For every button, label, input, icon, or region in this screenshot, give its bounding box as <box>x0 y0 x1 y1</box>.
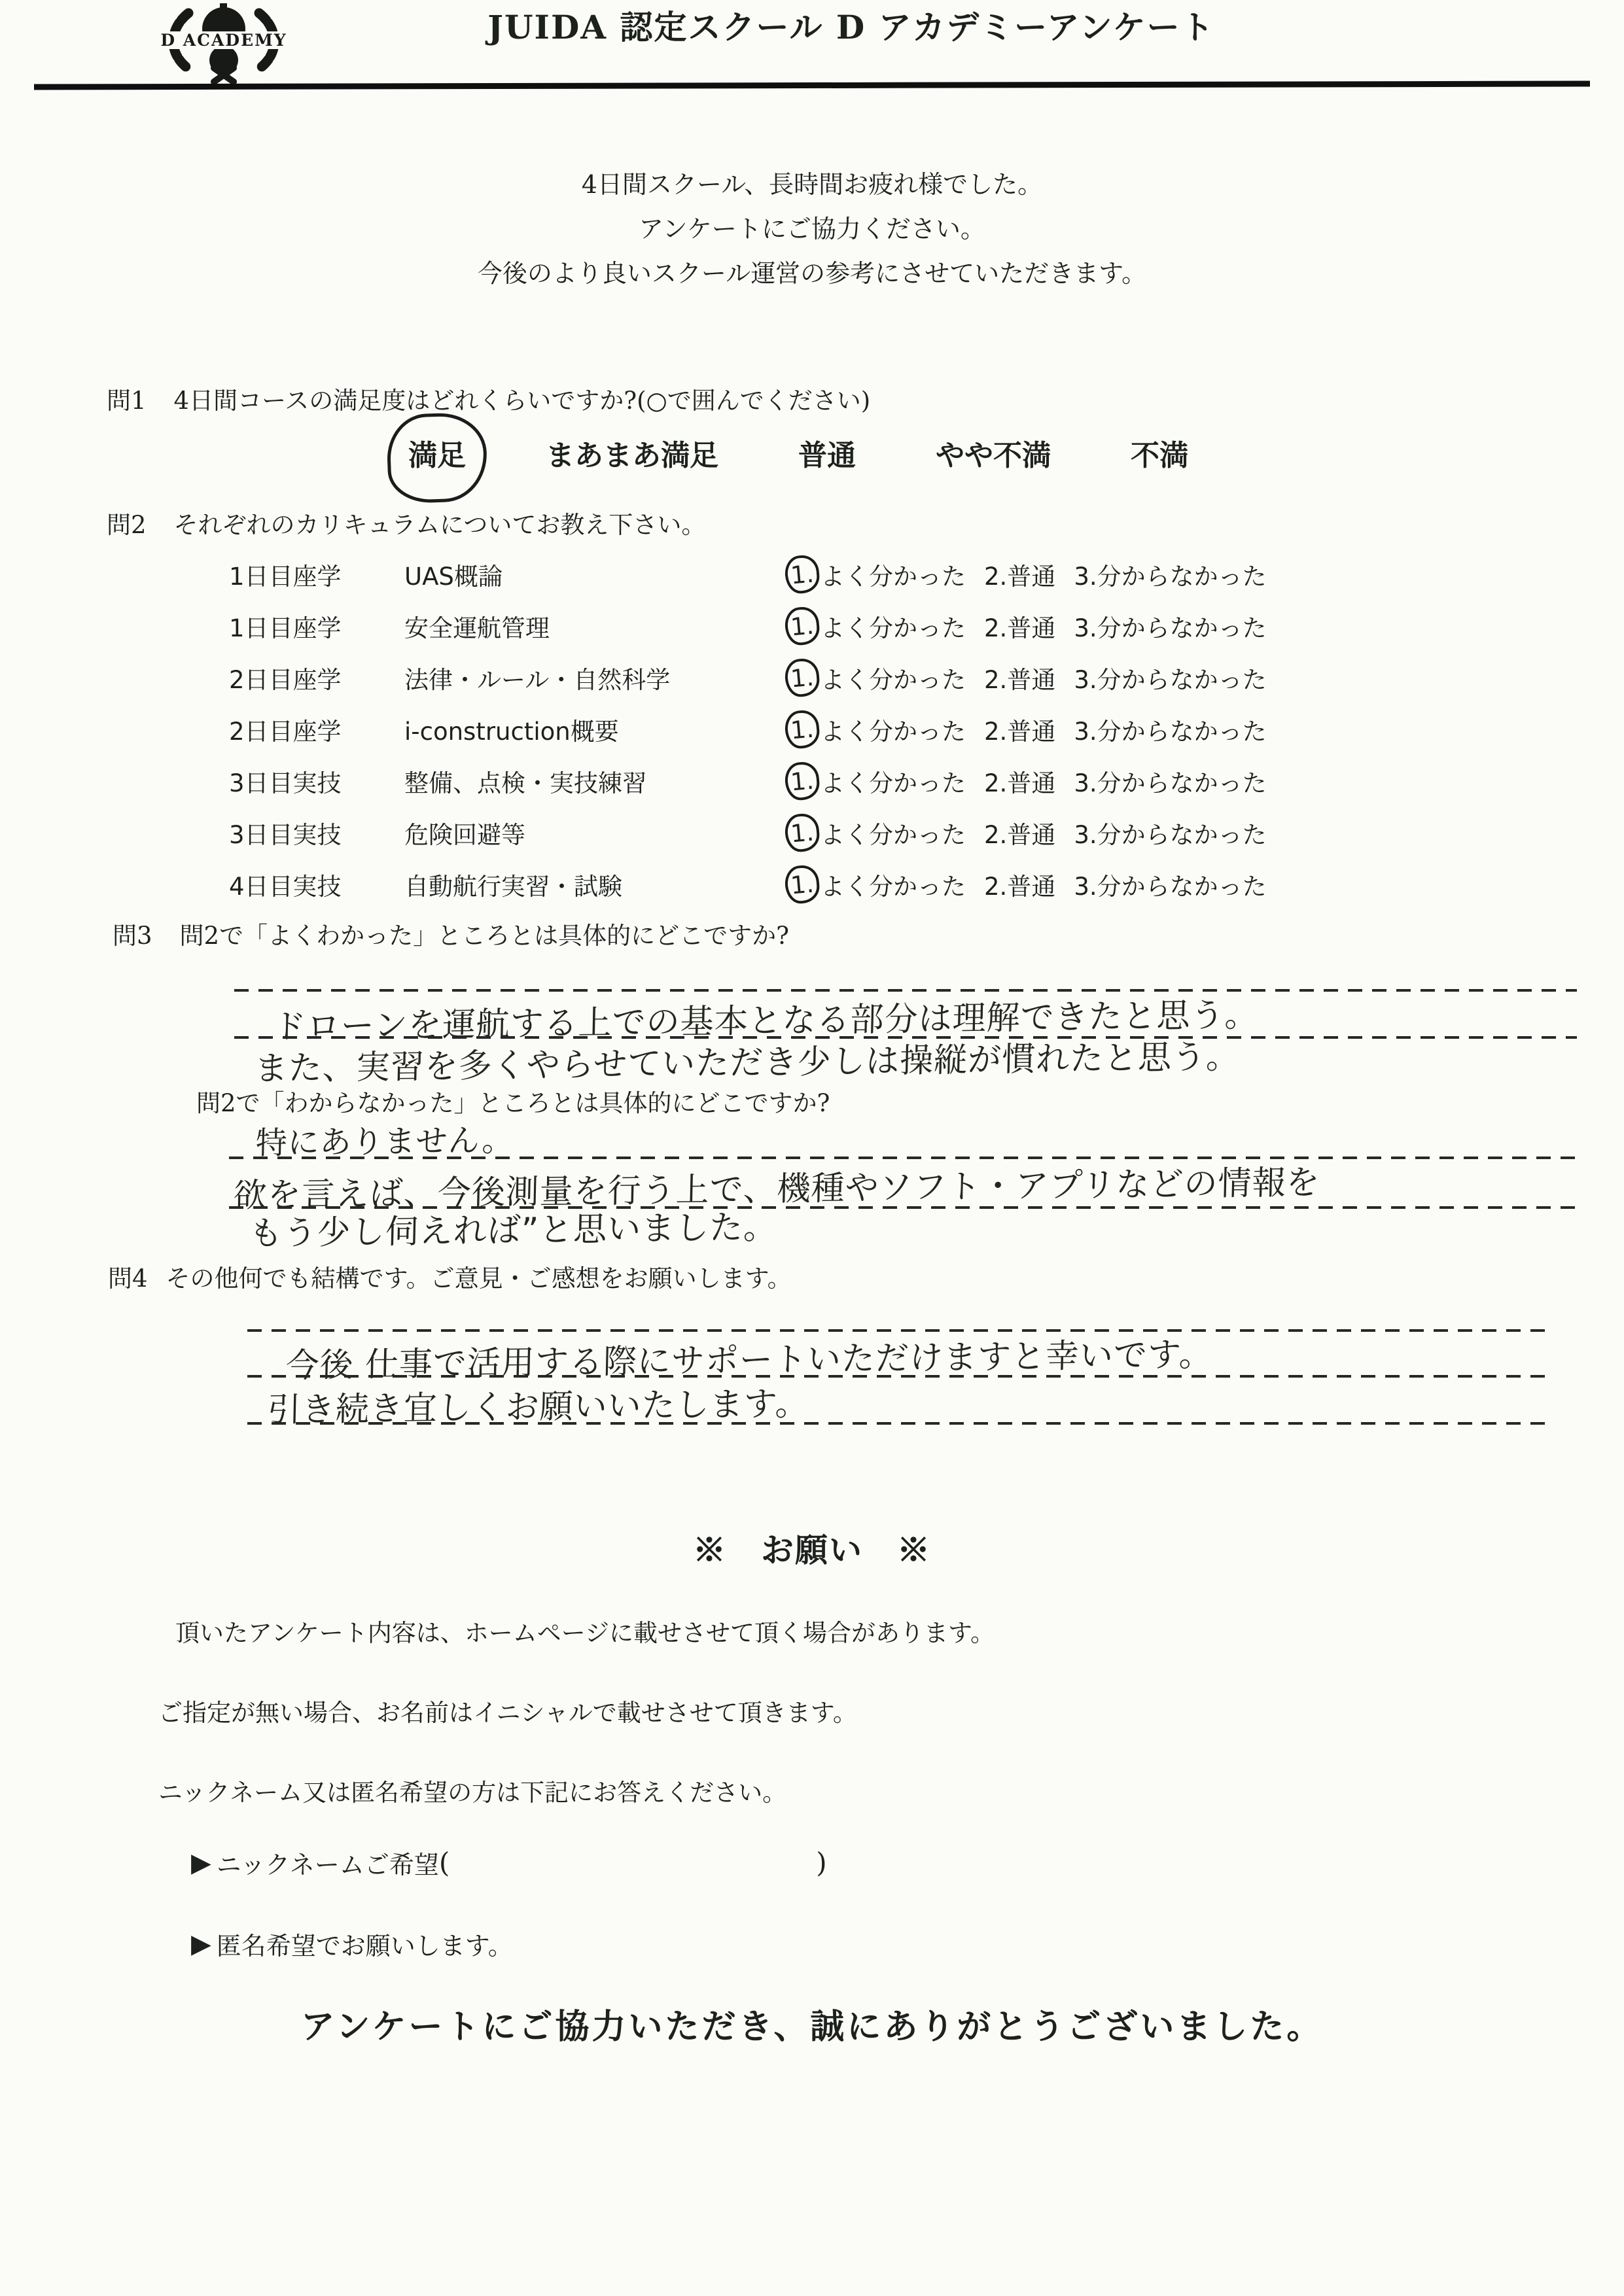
q3-question-line: 問3 問2で「よくわかった」ところとは具体的にどこですか? <box>113 916 789 951</box>
rating-scale: 1.よく分かった 2.普通 3.分からなかった <box>785 865 1267 903</box>
page-title: JUIDA 認定スクール D アカデミーアンケート <box>0 1 1624 48</box>
circled-answer-mark: 1. <box>784 760 821 801</box>
subject-label: 安全運航管理 <box>404 608 785 644</box>
scale-option-2: 2.普通 <box>984 867 1055 902</box>
scale-option-1-label: よく分かった <box>821 712 966 747</box>
table-row: 1日目座学 安全運航管理 1.よく分かった 2.普通 3.分からなかった <box>229 600 1267 652</box>
table-row: 4日目実技 自動航行実習・試験 1.よく分かった 2.普通 3.分からなかった <box>229 858 1267 910</box>
rating-scale: 1.よく分かった 2.普通 3.分からなかった <box>785 814 1267 852</box>
q1-option-futsuu: 普通 <box>797 429 857 476</box>
day-label: 2日目座学 <box>229 712 404 747</box>
nickname-option-label: ニックネームご希望 <box>217 1845 439 1881</box>
scale-option-1: 1.よく分かった <box>785 762 966 800</box>
circled-answer-mark: 1. <box>784 708 821 749</box>
scale-option-1-label: よく分かった <box>821 867 966 902</box>
q4-question: その他何でも結構です。ご意見・ご感想をお願いします。 <box>166 1259 792 1294</box>
right-triangle-icon: ▶ <box>191 1850 211 1876</box>
day-label: 2日目座学 <box>229 660 404 695</box>
q3-sub-answer-area: 特にありません。 欲を言えば、今後測量を行う上で、機種やソフト・アプリなどの情報… <box>229 1116 1577 1251</box>
scale-option-2: 2.普通 <box>984 660 1055 695</box>
circled-answer-mark: 1. <box>784 812 821 852</box>
paren-close: ) <box>816 1847 826 1879</box>
q1-label: 問1 <box>107 381 147 416</box>
subject-label: i-construction概要 <box>404 712 785 747</box>
q4-question-line: 問4 その他何でも結構です。ご意見・ご感想をお願いします。 <box>108 1259 792 1294</box>
day-label: 4日目実技 <box>229 867 404 902</box>
anonymous-option-row: ▶ 匿名希望でお願いします。 <box>191 1926 513 1962</box>
rating-scale: 1.よく分かった 2.普通 3.分からなかった <box>785 555 1267 593</box>
anonymous-option-label: 匿名希望でお願いします。 <box>217 1926 513 1962</box>
handwritten-answer: 特にありません。 <box>255 1115 514 1163</box>
scale-option-3: 3.分からなかった <box>1074 712 1266 747</box>
answer-line: 引き続き宜しくお願いいたします。 <box>247 1378 1555 1425</box>
scale-option-3: 3.分からなかった <box>1074 557 1266 592</box>
answer-line: 欲を言えば、今後測量を行う上で、機種やソフト・アプリなどの情報を <box>229 1159 1577 1209</box>
scale-option-1: 1.よく分かった <box>785 710 966 748</box>
scale-option-3: 3.分からなかった <box>1074 867 1266 902</box>
scale-option-3: 3.分からなかった <box>1074 815 1266 850</box>
scale-option-3: 3.分からなかった <box>1074 608 1266 644</box>
scale-option-1-label: よく分かった <box>821 608 966 644</box>
rating-scale: 1.よく分かった 2.普通 3.分からなかった <box>785 762 1267 800</box>
q1-option-fuman: 不満 <box>1129 429 1190 476</box>
right-triangle-icon: ▶ <box>191 1931 211 1957</box>
q1-option-maamaa-manzoku: まあまあ満足 <box>544 429 720 476</box>
circled-answer-mark: 1. <box>784 605 821 646</box>
notice-line: 頂いたアンケート内容は、ホームページに載せさせて頂く場合があります。 <box>175 1613 995 1648</box>
rating-scale: 1.よく分かった 2.普通 3.分からなかった <box>785 710 1267 748</box>
notice-line: ニックネーム又は匿名希望の方は下記にお答えください。 <box>158 1773 786 1808</box>
scale-option-1-label: よく分かった <box>821 815 966 850</box>
scale-option-3: 3.分からなかった <box>1074 660 1266 695</box>
table-row: 2日目座学 i-construction概要 1.よく分かった 2.普通 3.分… <box>229 703 1267 755</box>
table-row: 1日目座学 UAS概論 1.よく分かった 2.普通 3.分からなかった <box>229 548 1267 600</box>
subject-label: 法律・ルール・自然科学 <box>404 660 785 695</box>
day-label: 1日目座学 <box>229 557 404 592</box>
thanks-message: アンケートにご協力いただき、誠にありがとうございました。 <box>0 1999 1624 2048</box>
q2-question-line: 問2 それぞれのカリキュラムについてお教え下さい。 <box>107 505 705 540</box>
scale-option-2: 2.普通 <box>984 712 1055 747</box>
nickname-option-row: ▶ ニックネームご希望 ( ) <box>191 1845 827 1881</box>
scale-option-1: 1.よく分かった <box>785 555 966 593</box>
handwritten-answer: 引き続き宜しくお願いいたします。 <box>267 1376 810 1431</box>
q3-question: 問2で「よくわかった」ところとは具体的にどこですか? <box>180 916 789 951</box>
day-label: 3日目実技 <box>229 763 404 799</box>
scale-option-1: 1.よく分かった <box>785 865 966 903</box>
q4-label: 問4 <box>108 1259 148 1294</box>
survey-document: D ACADEMY JUIDA 認定スクール D アカデミーアンケート 4日間ス… <box>0 0 1624 2296</box>
intro-line: アンケートにご協力ください。 <box>0 207 1624 251</box>
q1-option-yaya-fuman: やや不満 <box>934 429 1052 476</box>
answer-line: 今後 仕事で活用する際にサポートいただけますと幸いです。 <box>247 1329 1555 1378</box>
notice-heading: ※ お願い ※ <box>0 1524 1624 1571</box>
q4-answer-area: 今後 仕事で活用する際にサポートいただけますと幸いです。 引き続き宜しくお願いい… <box>247 1329 1555 1425</box>
circled-answer-mark: 1. <box>784 863 821 904</box>
scale-option-2: 2.普通 <box>984 557 1055 592</box>
intro-line: 今後のより良いスクール運営の参考にさせていただきます。 <box>0 251 1624 296</box>
q2-label: 問2 <box>107 505 147 540</box>
scale-option-1-label: よく分かった <box>821 763 966 799</box>
subject-label: 整備、点検・実技練習 <box>404 763 785 799</box>
q2-question: それぞれのカリキュラムについてお教え下さい。 <box>174 505 706 540</box>
scale-option-1-label: よく分かった <box>821 557 966 592</box>
subject-label: 危険回避等 <box>404 815 785 850</box>
intro-text: 4日間スクール、長時間お疲れ様でした。 アンケートにご協力ください。 今後のより… <box>0 162 1624 296</box>
q1-option-manzoku: 満足 <box>407 429 467 476</box>
day-label: 3日目実技 <box>229 815 404 850</box>
rating-scale: 1.よく分かった 2.普通 3.分からなかった <box>785 659 1267 697</box>
q3-label: 問3 <box>113 916 152 951</box>
scale-option-1: 1.よく分かった <box>785 659 966 697</box>
scale-option-1: 1.よく分かった <box>785 814 966 852</box>
handwritten-answer: また、実習を多くやらせていただき少しは操縦が慣れたと思う。 <box>254 1030 1241 1090</box>
scale-option-2: 2.普通 <box>984 763 1055 799</box>
table-row: 3日目実技 整備、点検・実技練習 1.よく分かった 2.普通 3.分からなかった <box>229 755 1267 807</box>
answer-line: 特にありません。 <box>229 1116 1577 1159</box>
scale-option-1: 1.よく分かった <box>785 607 966 645</box>
circled-answer-mark: 1. <box>784 553 821 594</box>
intro-line: 4日間スクール、長時間お疲れ様でした。 <box>0 162 1624 207</box>
table-row: 2日目座学 法律・ルール・自然科学 1.よく分かった 2.普通 3.分からなかっ… <box>229 652 1267 703</box>
answer-line: ドローンを運航する上での基本となる部分は理解できたと思う。 <box>234 989 1577 1039</box>
paren-open: ( <box>439 1847 450 1879</box>
q1-question: 4日間コースの満足度はどれくらいですか?(○で囲んでください) <box>174 381 871 416</box>
circled-answer-mark: 1. <box>784 657 821 697</box>
notice-line: ご指定が無い場合、お名前はイニシャルで載せさせて頂きます。 <box>158 1693 857 1728</box>
scale-option-2: 2.普通 <box>984 815 1055 850</box>
nickname-blank-field <box>450 1848 816 1878</box>
q3-answer-area: ドローンを運航する上での基本となる部分は理解できたと思う。 また、実習を多くやら… <box>234 989 1577 1087</box>
subject-label: 自動航行実習・試験 <box>404 867 785 902</box>
day-label: 1日目座学 <box>229 608 404 644</box>
rating-scale: 1.よく分かった 2.普通 3.分からなかった <box>785 607 1267 645</box>
table-row: 3日目実技 危険回避等 1.よく分かった 2.普通 3.分からなかった <box>229 807 1267 858</box>
answer-line: もう少し伺えれば”と思いました。 <box>229 1209 1577 1251</box>
scale-option-3: 3.分からなかった <box>1074 763 1266 799</box>
handwritten-answer: もう少し伺えれば”と思いました。 <box>249 1200 778 1255</box>
q2-curriculum-table: 1日目座学 UAS概論 1.よく分かった 2.普通 3.分からなかった 1日目座… <box>229 548 1267 910</box>
scale-option-1-label: よく分かった <box>821 660 966 695</box>
q1-question-line: 問1 4日間コースの満足度はどれくらいですか?(○で囲んでください) <box>107 381 870 416</box>
scale-option-2: 2.普通 <box>984 608 1055 644</box>
q3-sub-question: 問2で「わからなかった」ところとは具体的にどこですか? <box>196 1083 830 1119</box>
answer-line: また、実習を多くやらせていただき少しは操縦が慣れたと思う。 <box>234 1039 1577 1087</box>
subject-label: UAS概論 <box>404 557 785 592</box>
q1-options: 満足 まあまあ満足 普通 やや不満 不満 <box>407 429 1190 476</box>
